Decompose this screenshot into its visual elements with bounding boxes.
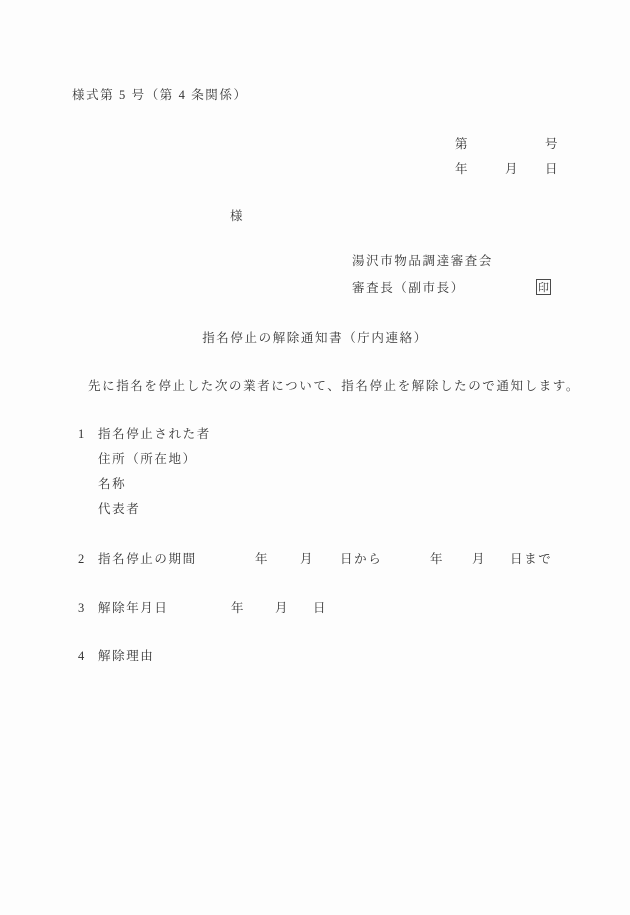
item-4-label: 解除理由 [98,649,154,664]
item-2-start-year-label: 年 [255,552,269,567]
sender-organization: 湯沢市物品調達審査会 [352,254,493,269]
item-2-start-month-label: 月 [300,552,314,567]
item-2-start-day-label: 日から [340,552,382,567]
item-1-name-label: 名称 [98,477,126,492]
document-title: 指名停止の解除通知書（庁内連絡） [0,331,630,346]
item-2-end-month-label: 月 [472,552,486,567]
date-month-label: 月 [505,162,519,177]
item-3-month-label: 月 [275,601,289,616]
item-1-address-label: 住所（所在地） [98,452,197,467]
addressee-honorific: 様 [230,209,244,224]
item-4-number: 4 [78,649,86,664]
date-year-label: 年 [455,162,469,177]
body-text: 先に指名を停止した次の業者について、指名停止を解除したので通知します。 [88,379,580,394]
item-2-end-year-label: 年 [430,552,444,567]
item-3-year-label: 年 [231,601,245,616]
item-3-label: 解除年月日 [98,601,169,616]
document-page: 様式第 5 号（第 4 条関係） 第 号 年 月 日 様 湯沢市物品調達審査会 … [0,0,630,915]
item-2-end-day-label: 日まで [510,552,552,567]
doc-number-suffix: 号 [545,137,559,152]
form-number-label: 様式第 5 号（第 4 条関係） [72,88,248,103]
doc-number-prefix: 第 [455,137,469,152]
item-1-label: 指名停止された者 [98,427,211,442]
seal-mark-icon: 印 [536,279,551,295]
date-day-label: 日 [545,162,559,177]
item-3-number: 3 [78,601,86,616]
item-1-representative-label: 代表者 [98,502,140,517]
item-1-number: 1 [78,427,86,442]
item-2-label: 指名停止の期間 [98,552,197,567]
item-3-day-label: 日 [313,601,327,616]
sender-title: 審査長（副市長） [352,281,465,296]
item-2-number: 2 [78,552,86,567]
